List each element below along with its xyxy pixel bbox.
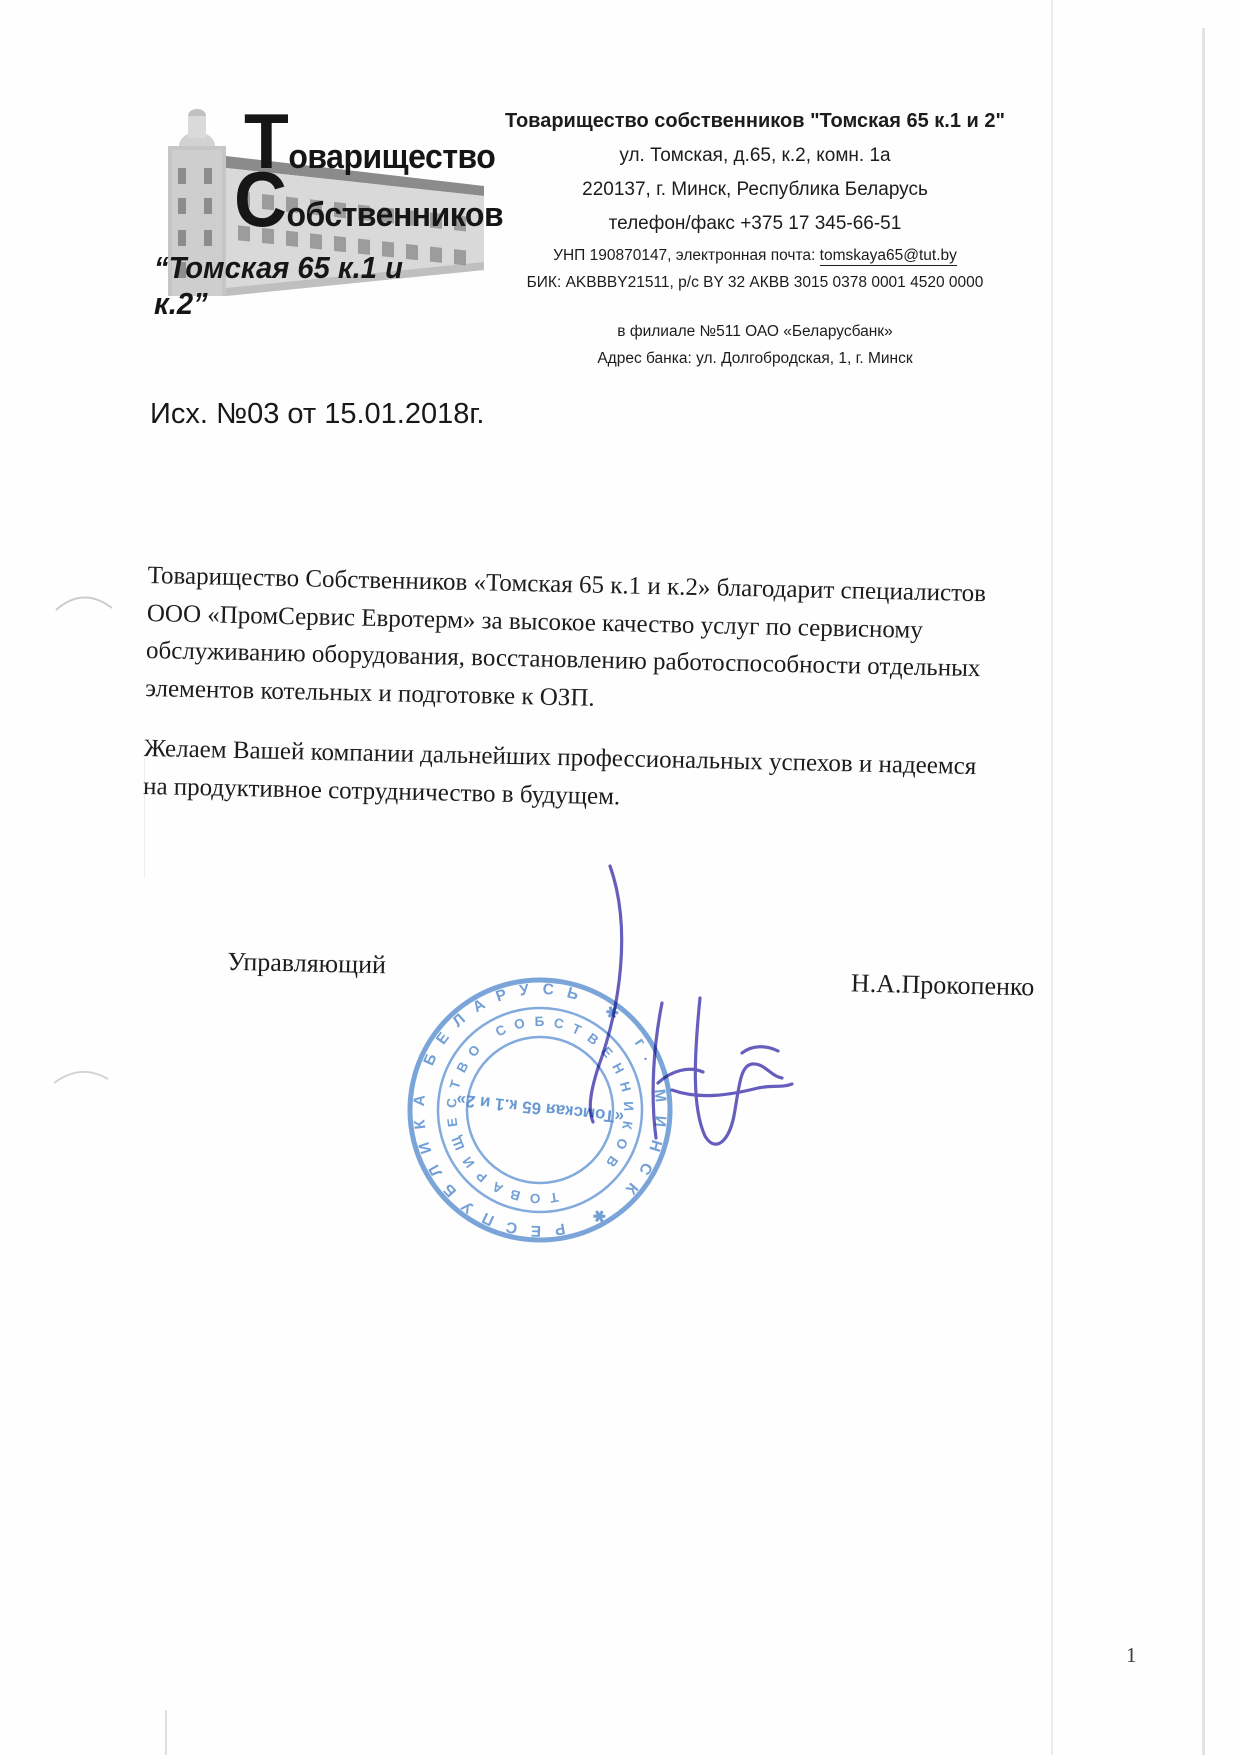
pencil-arc-mark-top [50, 580, 120, 620]
logo-line-tomskaya: “Томская 65 к.1 и к.2” [154, 250, 464, 322]
scan-edge-line-2 [1202, 28, 1205, 1755]
unp-email-line: УНП 190870147, электронная почта: tomska… [462, 247, 1048, 265]
organization-title: Товарищество собственников "Томская 65 к… [462, 110, 1048, 133]
header-spacer [462, 301, 1048, 323]
bank-branch-line: в филиале №511 ОАО «Беларусбанк» [462, 323, 1048, 341]
scan-fold-line-bottom [165, 1710, 167, 1755]
scanned-letter-page: Товарищество Собственников “Томская 65 к… [0, 0, 1240, 1755]
email-link: tomskaya65@tut.by [820, 247, 957, 266]
signer-name: Н.А.Прокопенко [851, 968, 1035, 1002]
phone-fax-line: телефон/факс +375 17 345-66-51 [462, 213, 1048, 235]
bik-account-line: БИК: AKBBBY21511, р/с BY 32 АКВВ 3015 03… [462, 274, 1048, 292]
address-line-2: 220137, г. Минск, Республика Беларусь [462, 179, 1048, 201]
address-line-1: ул. Томская, д.65, к.2, комн. 1а [462, 145, 1048, 167]
bank-address-line: Адрес банка: ул. Долгобродская, 1, г. Ми… [462, 350, 1048, 368]
outgoing-ref-line: Исх. №03 от 15.01.2018г. [150, 398, 484, 431]
page-number: 1 [1126, 1643, 1137, 1668]
handwritten-signature [540, 848, 830, 1168]
letterhead-details: Товарищество собственников "Томская 65 к… [462, 110, 1048, 377]
logo-initial-s: С [234, 155, 286, 243]
signer-role: Управляющий [227, 947, 386, 980]
letterhead-logo: Товарищество Собственников “Томская 65 к… [148, 98, 484, 313]
unp-label: УНП 190870147, электронная почта: [553, 247, 820, 264]
pencil-arc-mark-bottom [48, 1055, 118, 1095]
paragraph2: Желаем Вашей компании дальнейших професс… [143, 735, 1094, 831]
